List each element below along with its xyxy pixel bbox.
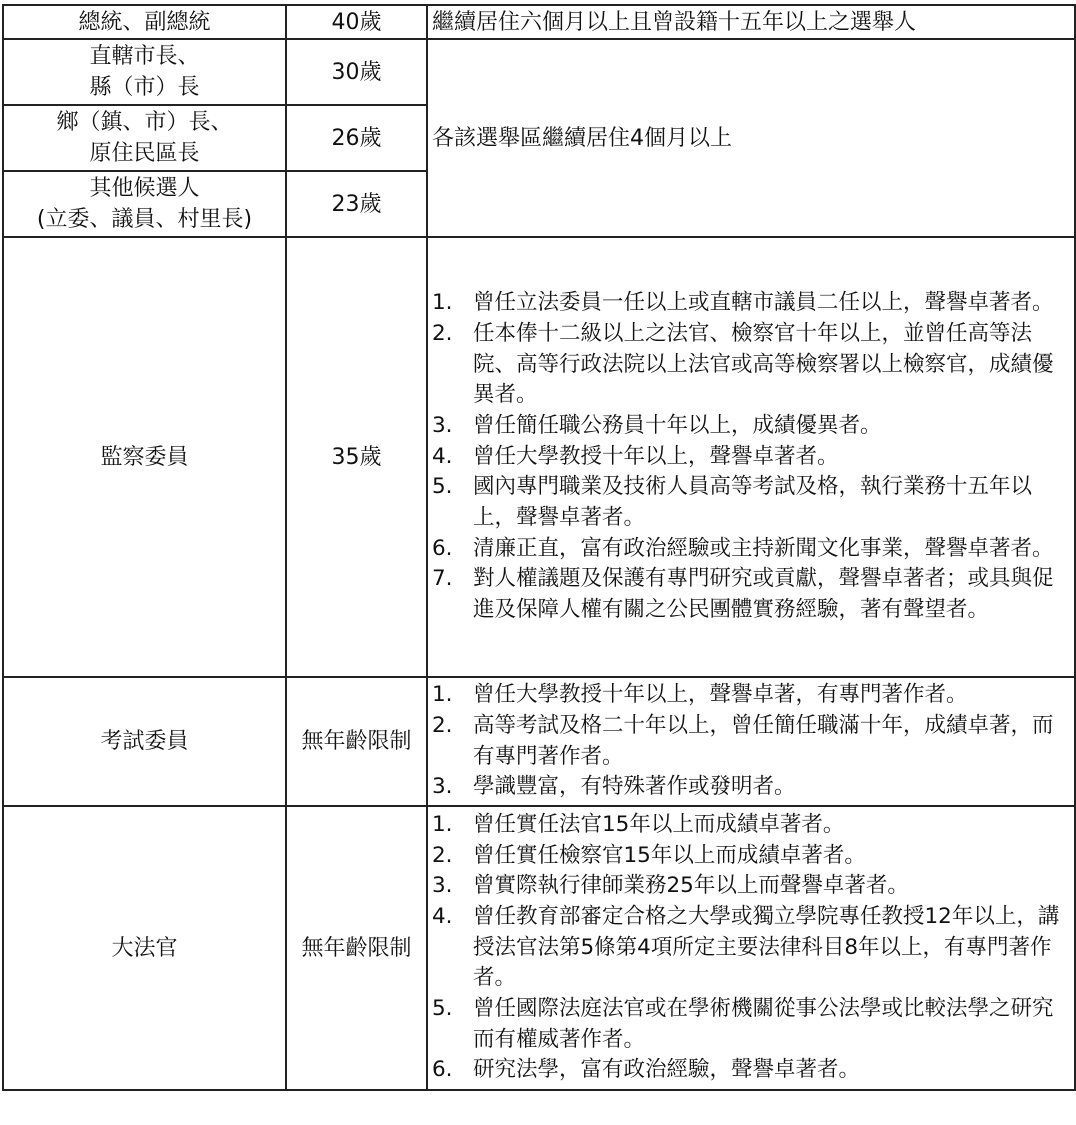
list-item: 6.清廉正直，富有政治經驗或主持新聞文化事業，聲譽卓著者。 [432, 534, 1074, 565]
age-cell: 23歲 [286, 171, 427, 237]
age-cell: 30歲 [286, 39, 427, 105]
item-text: 高等考試及格二十年以上，曾任簡任職滿十年，成績卓著，而有專門著作者。 [473, 713, 1054, 769]
list-item: 4.曾任教育部審定合格之大學或獨立學院專任教授12年以上，講授法官法第5條第4項… [432, 902, 1074, 994]
item-number: 7. [432, 564, 473, 595]
age-cell: 26歲 [286, 105, 427, 171]
item-text: 任本俸十二級以上之法官、檢察官十年以上，並曾任高等法院、高等行政法院以上法官或高… [473, 321, 1054, 407]
item-number: 3. [432, 772, 473, 803]
list-item: 5.曾任國際法庭法官或在學術機關從事公法學或比較法學之研究而有權威著作者。 [432, 994, 1074, 1055]
table-row: 監察委員 35歲 1.曾任立法委員一任以上或直轄市議員二任以上，聲譽卓著者。 2… [3, 237, 1075, 677]
item-number: 2. [432, 319, 473, 350]
item-text: 曾任教育部審定合格之大學或獨立學院專任教授12年以上，講授法官法第5條第4項所定… [473, 904, 1059, 990]
table-row: 總統、副總統 40歲 繼續居住六個月以上且曾設籍十五年以上之選舉人 [3, 5, 1075, 39]
item-number: 1. [432, 288, 473, 319]
item-number: 4. [432, 442, 473, 473]
item-text: 曾實際執行律師業務25年以上而聲譽卓著者。 [473, 873, 909, 898]
list-item: 1.曾任立法委員一任以上或直轄市議員二任以上，聲譽卓著者。 [432, 288, 1074, 319]
item-number: 3. [432, 411, 473, 442]
position-cell: 總統、副總統 [3, 5, 286, 39]
position-line: 直轄市長、 [4, 41, 285, 72]
position-cell: 大法官 [3, 806, 286, 1090]
list-item: 2.曾任實任檢察官15年以上而成績卓著者。 [432, 841, 1074, 872]
list-item: 7.對人權議題及保護有專門研究或貢獻，聲譽卓著者；或具與促進及保障人權有關之公民… [432, 564, 1074, 625]
item-number: 1. [432, 680, 473, 711]
item-number: 4. [432, 902, 473, 933]
list-item: 5.國內專門職業及技術人員高等考試及格，執行業務十五年以上，聲譽卓著者。 [432, 472, 1074, 533]
item-number: 2. [432, 841, 473, 872]
qualification-list: 1.曾任實任法官15年以上而成績卓著者。 2.曾任實任檢察官15年以上而成績卓著… [428, 810, 1074, 1086]
position-line: 鄉（鎮、市）長、 [4, 107, 285, 138]
list-item: 2.高等考試及格二十年以上，曾任簡任職滿十年，成績卓著，而有專門著作者。 [432, 711, 1074, 772]
list-item: 1.曾任實任法官15年以上而成績卓著者。 [432, 810, 1074, 841]
age-cell: 40歲 [286, 5, 427, 39]
position-cell: 直轄市長、 縣（市）長 [3, 39, 286, 105]
requirement-cell: 1.曾任大學教授十年以上，聲譽卓著，有專門著作者。 2.高等考試及格二十年以上，… [427, 677, 1075, 806]
list-item: 4.曾任大學教授十年以上，聲譽卓著者。 [432, 442, 1074, 473]
position-line: (立委、議員、村里長) [4, 204, 285, 235]
item-number: 5. [432, 472, 473, 503]
position-line: 原住民區長 [4, 138, 285, 169]
position-cell: 考試委員 [3, 677, 286, 806]
item-text: 曾任簡任職公務員十年以上，成績優異者。 [473, 413, 882, 438]
list-item: 3.曾任簡任職公務員十年以上，成績優異者。 [432, 411, 1074, 442]
position-line: 其他候選人 [4, 173, 285, 204]
age-cell: 35歲 [286, 237, 427, 677]
item-text: 學識豐富，有特殊著作或發明者。 [473, 774, 796, 799]
item-text: 曾任國際法庭法官或在學術機關從事公法學或比較法學之研究而有權威著作者。 [473, 996, 1054, 1052]
item-text: 曾任大學教授十年以上，聲譽卓著者。 [473, 444, 839, 469]
list-item: 1.曾任大學教授十年以上，聲譽卓著，有專門著作者。 [432, 680, 1074, 711]
age-cell: 無年齡限制 [286, 806, 427, 1090]
candidate-qualification-table: 總統、副總統 40歲 繼續居住六個月以上且曾設籍十五年以上之選舉人 直轄市長、 … [2, 4, 1076, 1091]
item-text: 清廉正直，富有政治經驗或主持新聞文化事業，聲譽卓著者。 [473, 536, 1054, 561]
position-cell: 其他候選人 (立委、議員、村里長) [3, 171, 286, 237]
qualification-list: 1.曾任立法委員一任以上或直轄市議員二任以上，聲譽卓著者。 2.任本俸十二級以上… [428, 288, 1074, 626]
requirement-cell: 各該選舉區繼續居住4個月以上 [427, 39, 1075, 237]
position-cell: 鄉（鎮、市）長、 原住民區長 [3, 105, 286, 171]
item-text: 曾任實任檢察官15年以上而成績卓著者。 [473, 843, 866, 868]
item-text: 國內專門職業及技術人員高等考試及格，執行業務十五年以上，聲譽卓著者。 [473, 474, 1032, 530]
age-cell: 無年齡限制 [286, 677, 427, 806]
list-item: 3.學識豐富，有特殊著作或發明者。 [432, 772, 1074, 803]
item-number: 6. [432, 534, 473, 565]
list-item: 6.研究法學，富有政治經驗，聲譽卓著者。 [432, 1055, 1074, 1086]
requirement-cell: 1.曾任立法委員一任以上或直轄市議員二任以上，聲譽卓著者。 2.任本俸十二級以上… [427, 237, 1075, 677]
list-item: 2.任本俸十二級以上之法官、檢察官十年以上，並曾任高等法院、高等行政法院以上法官… [432, 319, 1074, 411]
item-text: 曾任大學教授十年以上，聲譽卓著，有專門著作者。 [473, 682, 968, 707]
item-number: 2. [432, 711, 473, 742]
table-row: 考試委員 無年齡限制 1.曾任大學教授十年以上，聲譽卓著，有專門著作者。 2.高… [3, 677, 1075, 806]
item-text: 對人權議題及保護有專門研究或貢獻，聲譽卓著者；或具與促進及保障人權有關之公民團體… [473, 566, 1054, 622]
item-number: 6. [432, 1055, 473, 1086]
item-text: 曾任實任法官15年以上而成績卓著者。 [473, 812, 844, 837]
item-number: 3. [432, 871, 473, 902]
item-number: 5. [432, 994, 473, 1025]
item-text: 研究法學，富有政治經驗，聲譽卓著者。 [473, 1057, 860, 1082]
table-row: 直轄市長、 縣（市）長 30歲 各該選舉區繼續居住4個月以上 [3, 39, 1075, 105]
list-item: 3.曾實際執行律師業務25年以上而聲譽卓著者。 [432, 871, 1074, 902]
item-number: 1. [432, 810, 473, 841]
qualification-list: 1.曾任大學教授十年以上，聲譽卓著，有專門著作者。 2.高等考試及格二十年以上，… [428, 680, 1074, 803]
position-cell: 監察委員 [3, 237, 286, 677]
position-line: 縣（市）長 [4, 72, 285, 103]
requirement-cell: 1.曾任實任法官15年以上而成績卓著者。 2.曾任實任檢察官15年以上而成績卓著… [427, 806, 1075, 1090]
requirement-cell: 繼續居住六個月以上且曾設籍十五年以上之選舉人 [427, 5, 1075, 39]
table-row: 大法官 無年齡限制 1.曾任實任法官15年以上而成績卓著者。 2.曾任實任檢察官… [3, 806, 1075, 1090]
item-text: 曾任立法委員一任以上或直轄市議員二任以上，聲譽卓著者。 [473, 290, 1054, 315]
